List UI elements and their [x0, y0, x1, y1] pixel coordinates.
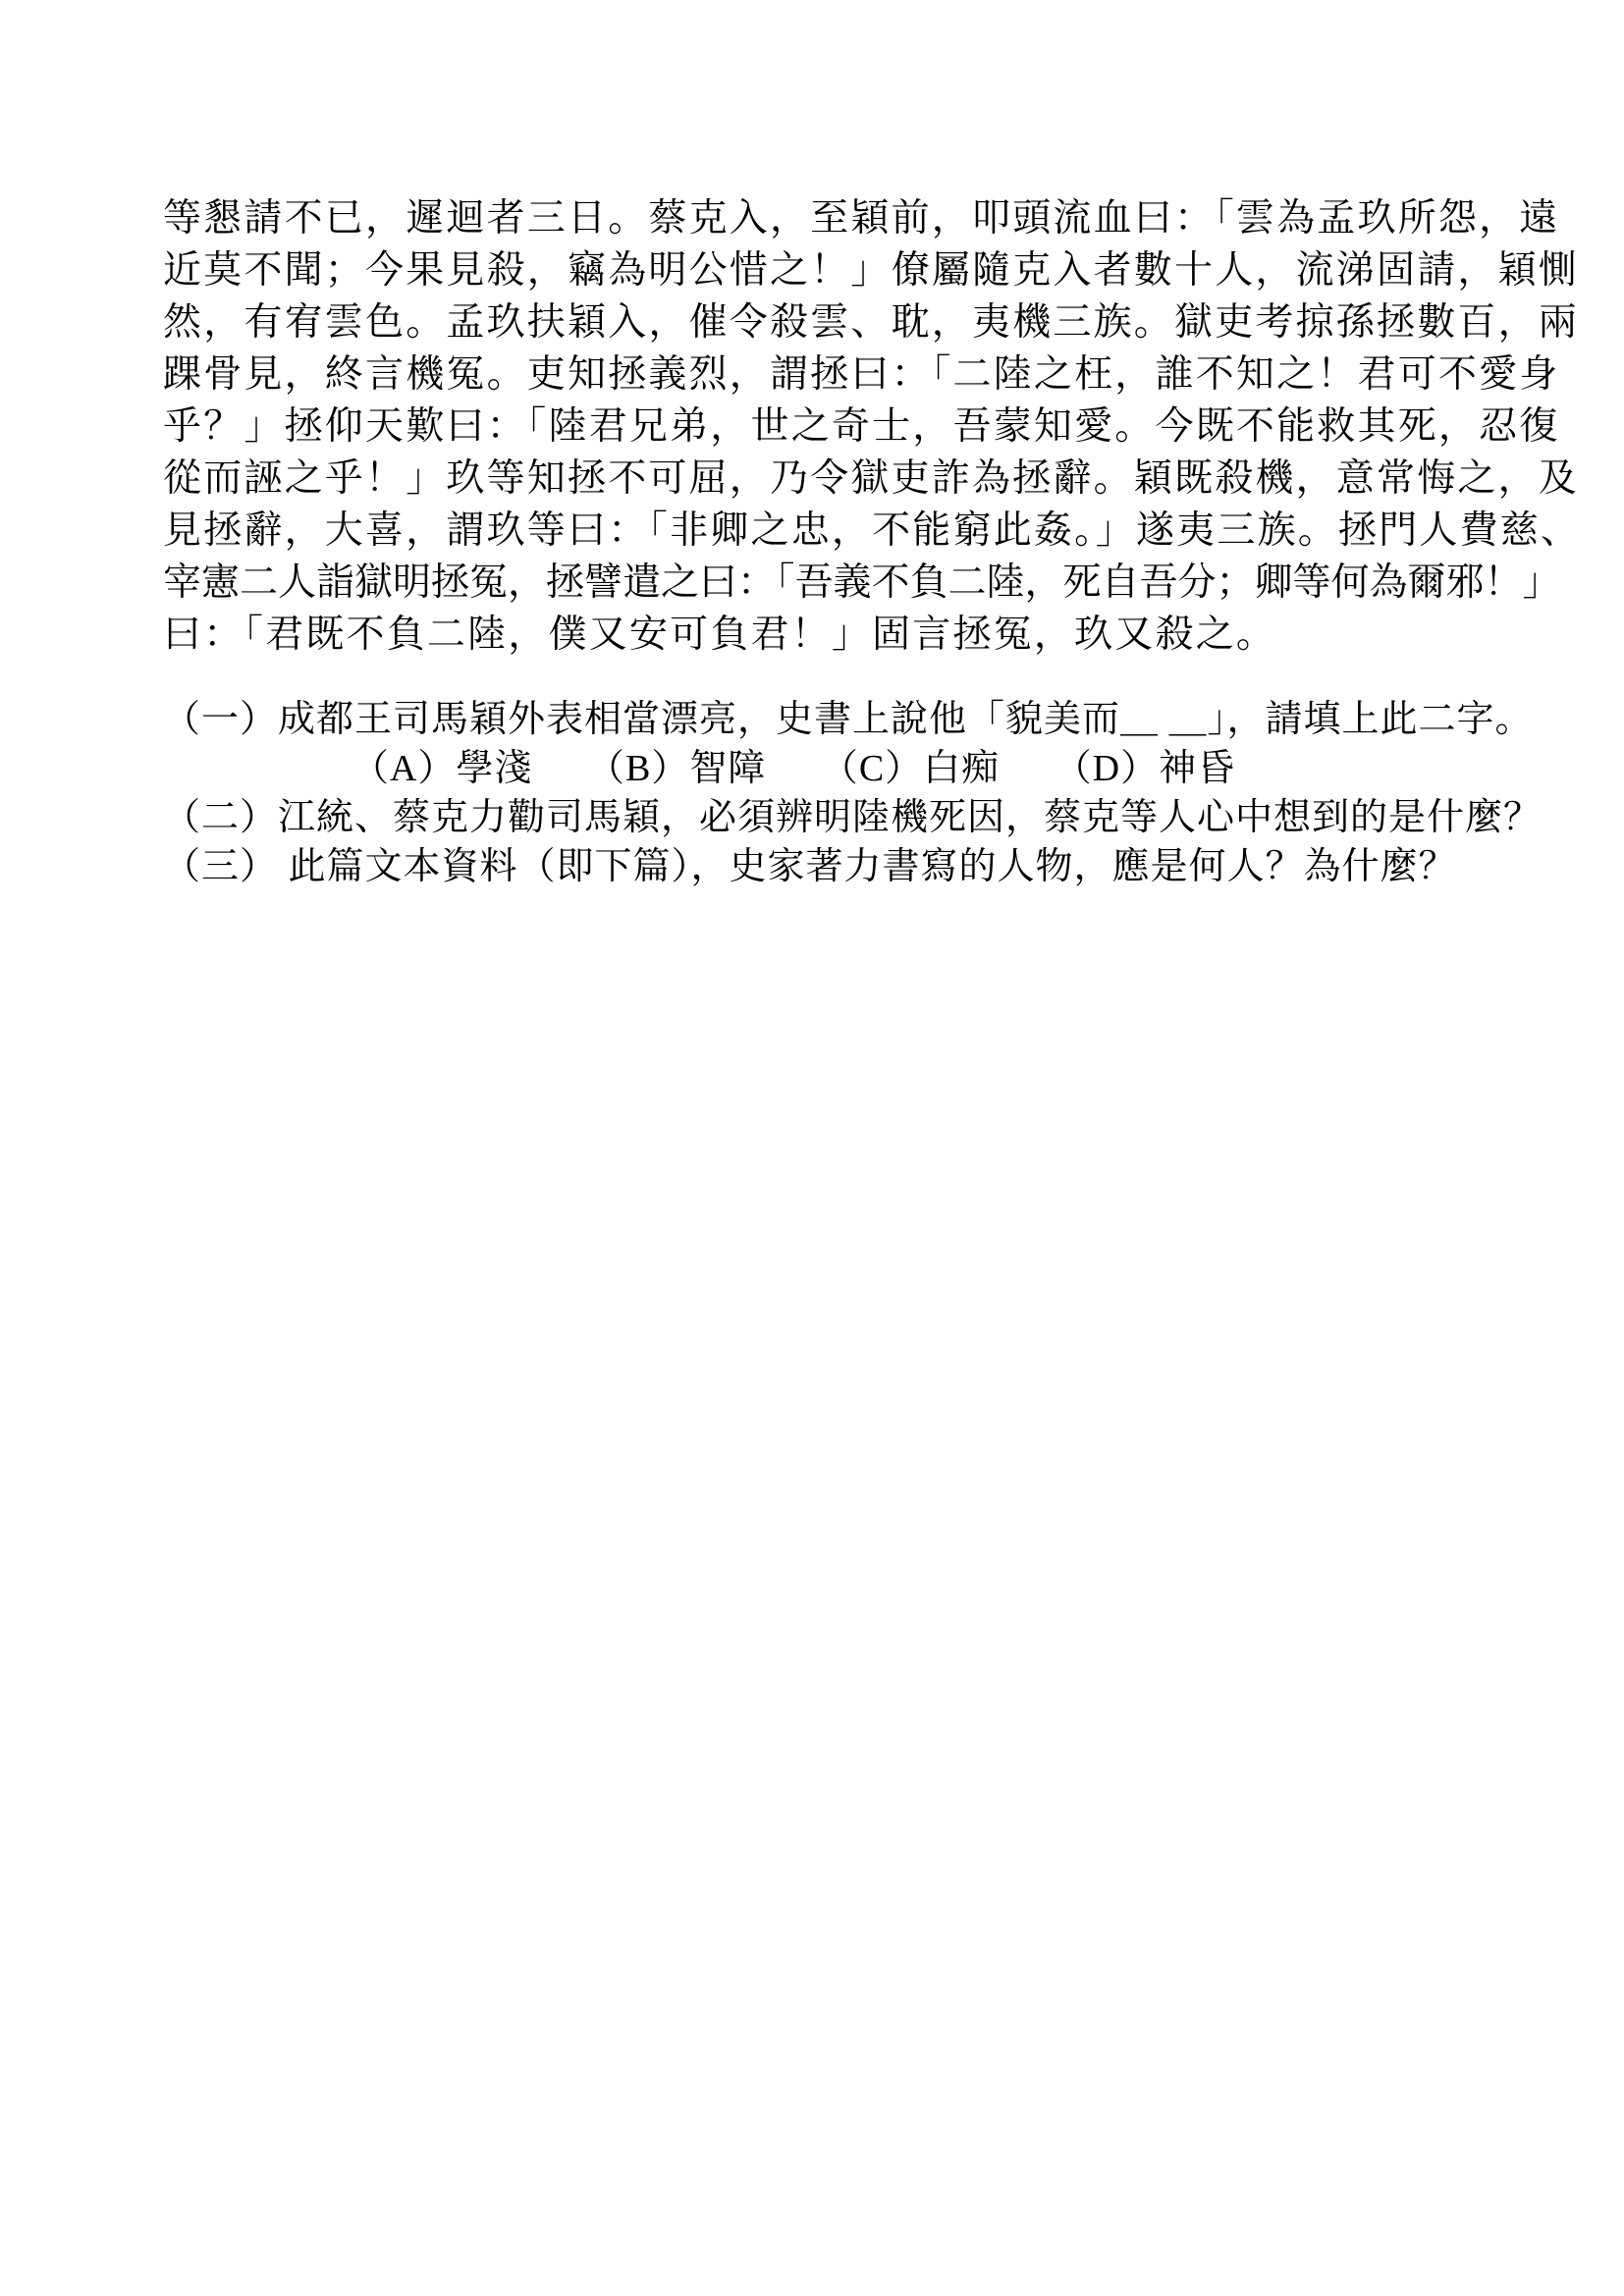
option-c: （C）白痴 [821, 744, 1000, 793]
passage-line: 宰憲二人詣獄明拯冤，拯譬遣之曰：「吾義不負二陸，死自吾分；卿等何為爾邪！」 [163, 557, 1473, 609]
passage-line: 等懇請不已，遲迴者三日。蔡克入，至穎前，叩頭流血曰：「雲為孟玖所怨，遠 [163, 192, 1473, 244]
question-2: （二）江統、蔡克力勸司馬穎，必須辨明陸機死因，蔡克等人心中想到的是什麼？ [163, 793, 1473, 842]
question-1-options: （A）學淺 （B）智障 （C）白痴 （D）神昏 [163, 744, 1473, 793]
option-b: （B）智障 [587, 744, 766, 793]
questions-section: （一）成都王司馬穎外表相當漂亮，史書上說他「貌美而＿ ＿」，請填上此二字。 （A… [163, 695, 1473, 891]
question-3: （三） 此篇文本資料（即下篇），史家著力書寫的人物，應是何人？為什麼？ [163, 842, 1473, 891]
question-1: （一）成都王司馬穎外表相當漂亮，史書上說他「貌美而＿ ＿」，請填上此二字。 [163, 695, 1473, 744]
option-d: （D）神昏 [1055, 744, 1235, 793]
passage-text: 等懇請不已，遲迴者三日。蔡克入，至穎前，叩頭流血曰：「雲為孟玖所怨，遠 近莫不聞… [163, 192, 1473, 661]
passage-line: 然，有宥雲色。孟玖扶穎入，催令殺雲、耽，夷機三族。獄吏考掠孫拯數百，兩 [163, 296, 1473, 348]
option-a: （A）學淺 [352, 744, 532, 793]
passage-line: 近莫不聞；今果見殺，竊為明公惜之！」僚屬隨克入者數十人，流涕固請，穎惻 [163, 244, 1473, 296]
passage-line: 從而誣之乎！」玖等知拯不可屈，乃令獄吏詐為拯辭。穎既殺機，意常悔之，及 [163, 453, 1473, 505]
passage-line: 乎？」拯仰天歎曰：「陸君兄弟，世之奇士，吾蒙知愛。今既不能救其死，忍復 [163, 400, 1473, 453]
passage-line: 曰：「君既不負二陸，僕又安可負君！」固言拯冤，玖又殺之。 [163, 609, 1473, 661]
document-page: 等懇請不已，遲迴者三日。蔡克入，至穎前，叩頭流血曰：「雲為孟玖所怨，遠 近莫不聞… [0, 0, 1624, 2296]
passage-line: 踝骨見，終言機冤。吏知拯義烈，謂拯曰：「二陸之枉，誰不知之！君可不愛身 [163, 348, 1473, 400]
passage-line: 見拯辭，大喜，謂玖等曰：「非卿之忠，不能窮此姦。」遂夷三族。拯門人費慈、 [163, 505, 1473, 557]
